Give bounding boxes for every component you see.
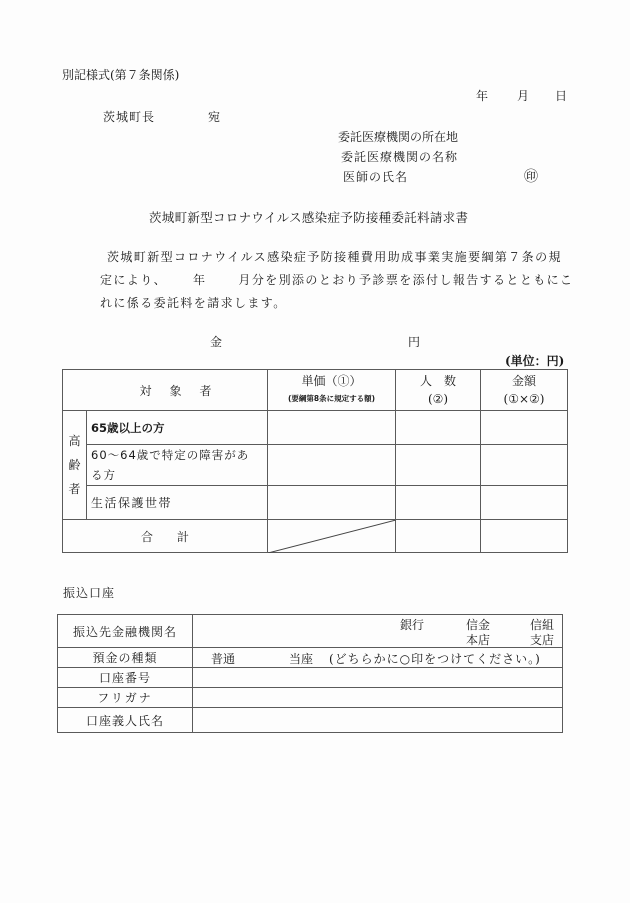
- bank-row-institution: 振込先金融機関名 銀行 信金 信組 本店 支店: [58, 615, 563, 648]
- sum-total-cell[interactable]: [481, 520, 568, 553]
- bank-row-deposit-type: 預金の種類 普通 当座 (どちらかに○印をつけてください。): [58, 648, 563, 668]
- total-cell[interactable]: [481, 411, 568, 445]
- row-label: 65歳以上の方: [87, 411, 268, 445]
- amount-suffix: 円: [408, 333, 420, 350]
- body-line-1: 茨城町新型コロナウイルス感染症予防接種費用助成事業実施要綱第７条の規: [107, 248, 562, 265]
- total-cell[interactable]: [481, 445, 568, 486]
- bank-row-holder-name: 口座義人氏名: [58, 708, 563, 733]
- row-label: 生活保護世帯: [87, 486, 268, 520]
- institution-label: 振込先金融機関名: [58, 615, 193, 648]
- deposit-option-ordinary[interactable]: 普通: [211, 650, 235, 667]
- addressee: 茨城町長: [103, 108, 155, 125]
- sum-unit-price-diagonal: [268, 520, 396, 553]
- table-row: 生活保護世帯: [63, 486, 568, 520]
- date-month-label: 月: [517, 87, 529, 104]
- unit-price-note: (要綱第8条に規定する額): [268, 390, 395, 408]
- table-row: 高 齢 者 65歳以上の方: [63, 411, 568, 445]
- header-count: 人 数 (②): [396, 370, 481, 411]
- seal-icon: ㊞: [524, 166, 538, 186]
- count-cell[interactable]: [396, 411, 481, 445]
- deposit-type-field[interactable]: 普通 当座 (どちらかに○印をつけてください。): [193, 648, 563, 668]
- addressee-suffix: 宛: [208, 108, 220, 125]
- body-line-3: れに係る委託料を請求します。: [100, 294, 287, 311]
- doctor-name-label: 医師の氏名: [343, 168, 408, 185]
- count-cell[interactable]: [396, 486, 481, 520]
- bank-section-heading: 振込口座: [63, 584, 115, 601]
- date-year-label: 年: [476, 87, 488, 104]
- amount-prefix: 金: [210, 333, 222, 350]
- table-row: 60～64歳で特定の障害があ る方: [63, 445, 568, 486]
- diagonal-line-icon: [268, 520, 396, 553]
- deposit-type-note: (どちらかに○印をつけてください。): [329, 650, 541, 667]
- branch-type-main: 本店: [466, 631, 490, 648]
- header-target: 対 象 者: [63, 370, 268, 411]
- unit-price-cell[interactable]: [268, 445, 396, 486]
- unit-price-cell[interactable]: [268, 411, 396, 445]
- deposit-option-current[interactable]: 当座: [289, 650, 313, 667]
- document-title: 茨城町新型コロナウイルス感染症予防接種委託料請求書: [149, 208, 468, 226]
- sum-row: 合 計: [63, 520, 568, 553]
- furigana-label: フリガナ: [58, 688, 193, 708]
- form-label: 別記様式(第７条関係): [62, 66, 179, 83]
- sum-count-cell[interactable]: [396, 520, 481, 553]
- unit-price-cell[interactable]: [268, 486, 396, 520]
- sum-label: 合 計: [63, 520, 268, 553]
- branch-type-branch: 支店: [530, 631, 554, 648]
- row-label: 60～64歳で特定の障害があ る方: [87, 445, 268, 486]
- group-label-elderly: 高 齢 者: [63, 411, 87, 520]
- bank-row-furigana: フリガナ: [58, 688, 563, 708]
- claim-table-header: 対 象 者 単価（①） (要綱第8条に規定する額) 人 数 (②) 金額 (①×…: [63, 370, 568, 411]
- sender-address-label: 委託医療機関の所在地: [338, 128, 458, 145]
- bank-type-bank: 銀行: [400, 616, 424, 633]
- institution-field[interactable]: 銀行 信金 信組 本店 支店: [193, 615, 563, 648]
- account-number-field[interactable]: [193, 668, 563, 688]
- bank-table: 振込先金融機関名 銀行 信金 信組 本店 支店 預金の種類 普通 当座 (どちら…: [57, 614, 563, 733]
- body-line-2: 定により、 年 月分を別添のとおり予診票を添付し報告するとともにこ: [100, 271, 573, 288]
- count-cell[interactable]: [396, 445, 481, 486]
- sender-name-label: 委託医療機関の名称: [341, 148, 458, 165]
- account-number-label: 口座番号: [58, 668, 193, 688]
- holder-name-label: 口座義人氏名: [58, 708, 193, 733]
- total-cell[interactable]: [481, 486, 568, 520]
- deposit-type-label: 預金の種類: [58, 648, 193, 668]
- claim-table: 対 象 者 単価（①） (要綱第8条に規定する額) 人 数 (②) 金額 (①×…: [62, 369, 568, 553]
- date-day-label: 日: [555, 87, 567, 104]
- unit-note: (単位：円): [505, 352, 564, 369]
- furigana-field[interactable]: [193, 688, 563, 708]
- header-unit-price: 単価（①） (要綱第8条に規定する額): [268, 370, 396, 411]
- header-total: 金額 (①×②): [481, 370, 568, 411]
- holder-name-field[interactable]: [193, 708, 563, 733]
- bank-row-account-number: 口座番号: [58, 668, 563, 688]
